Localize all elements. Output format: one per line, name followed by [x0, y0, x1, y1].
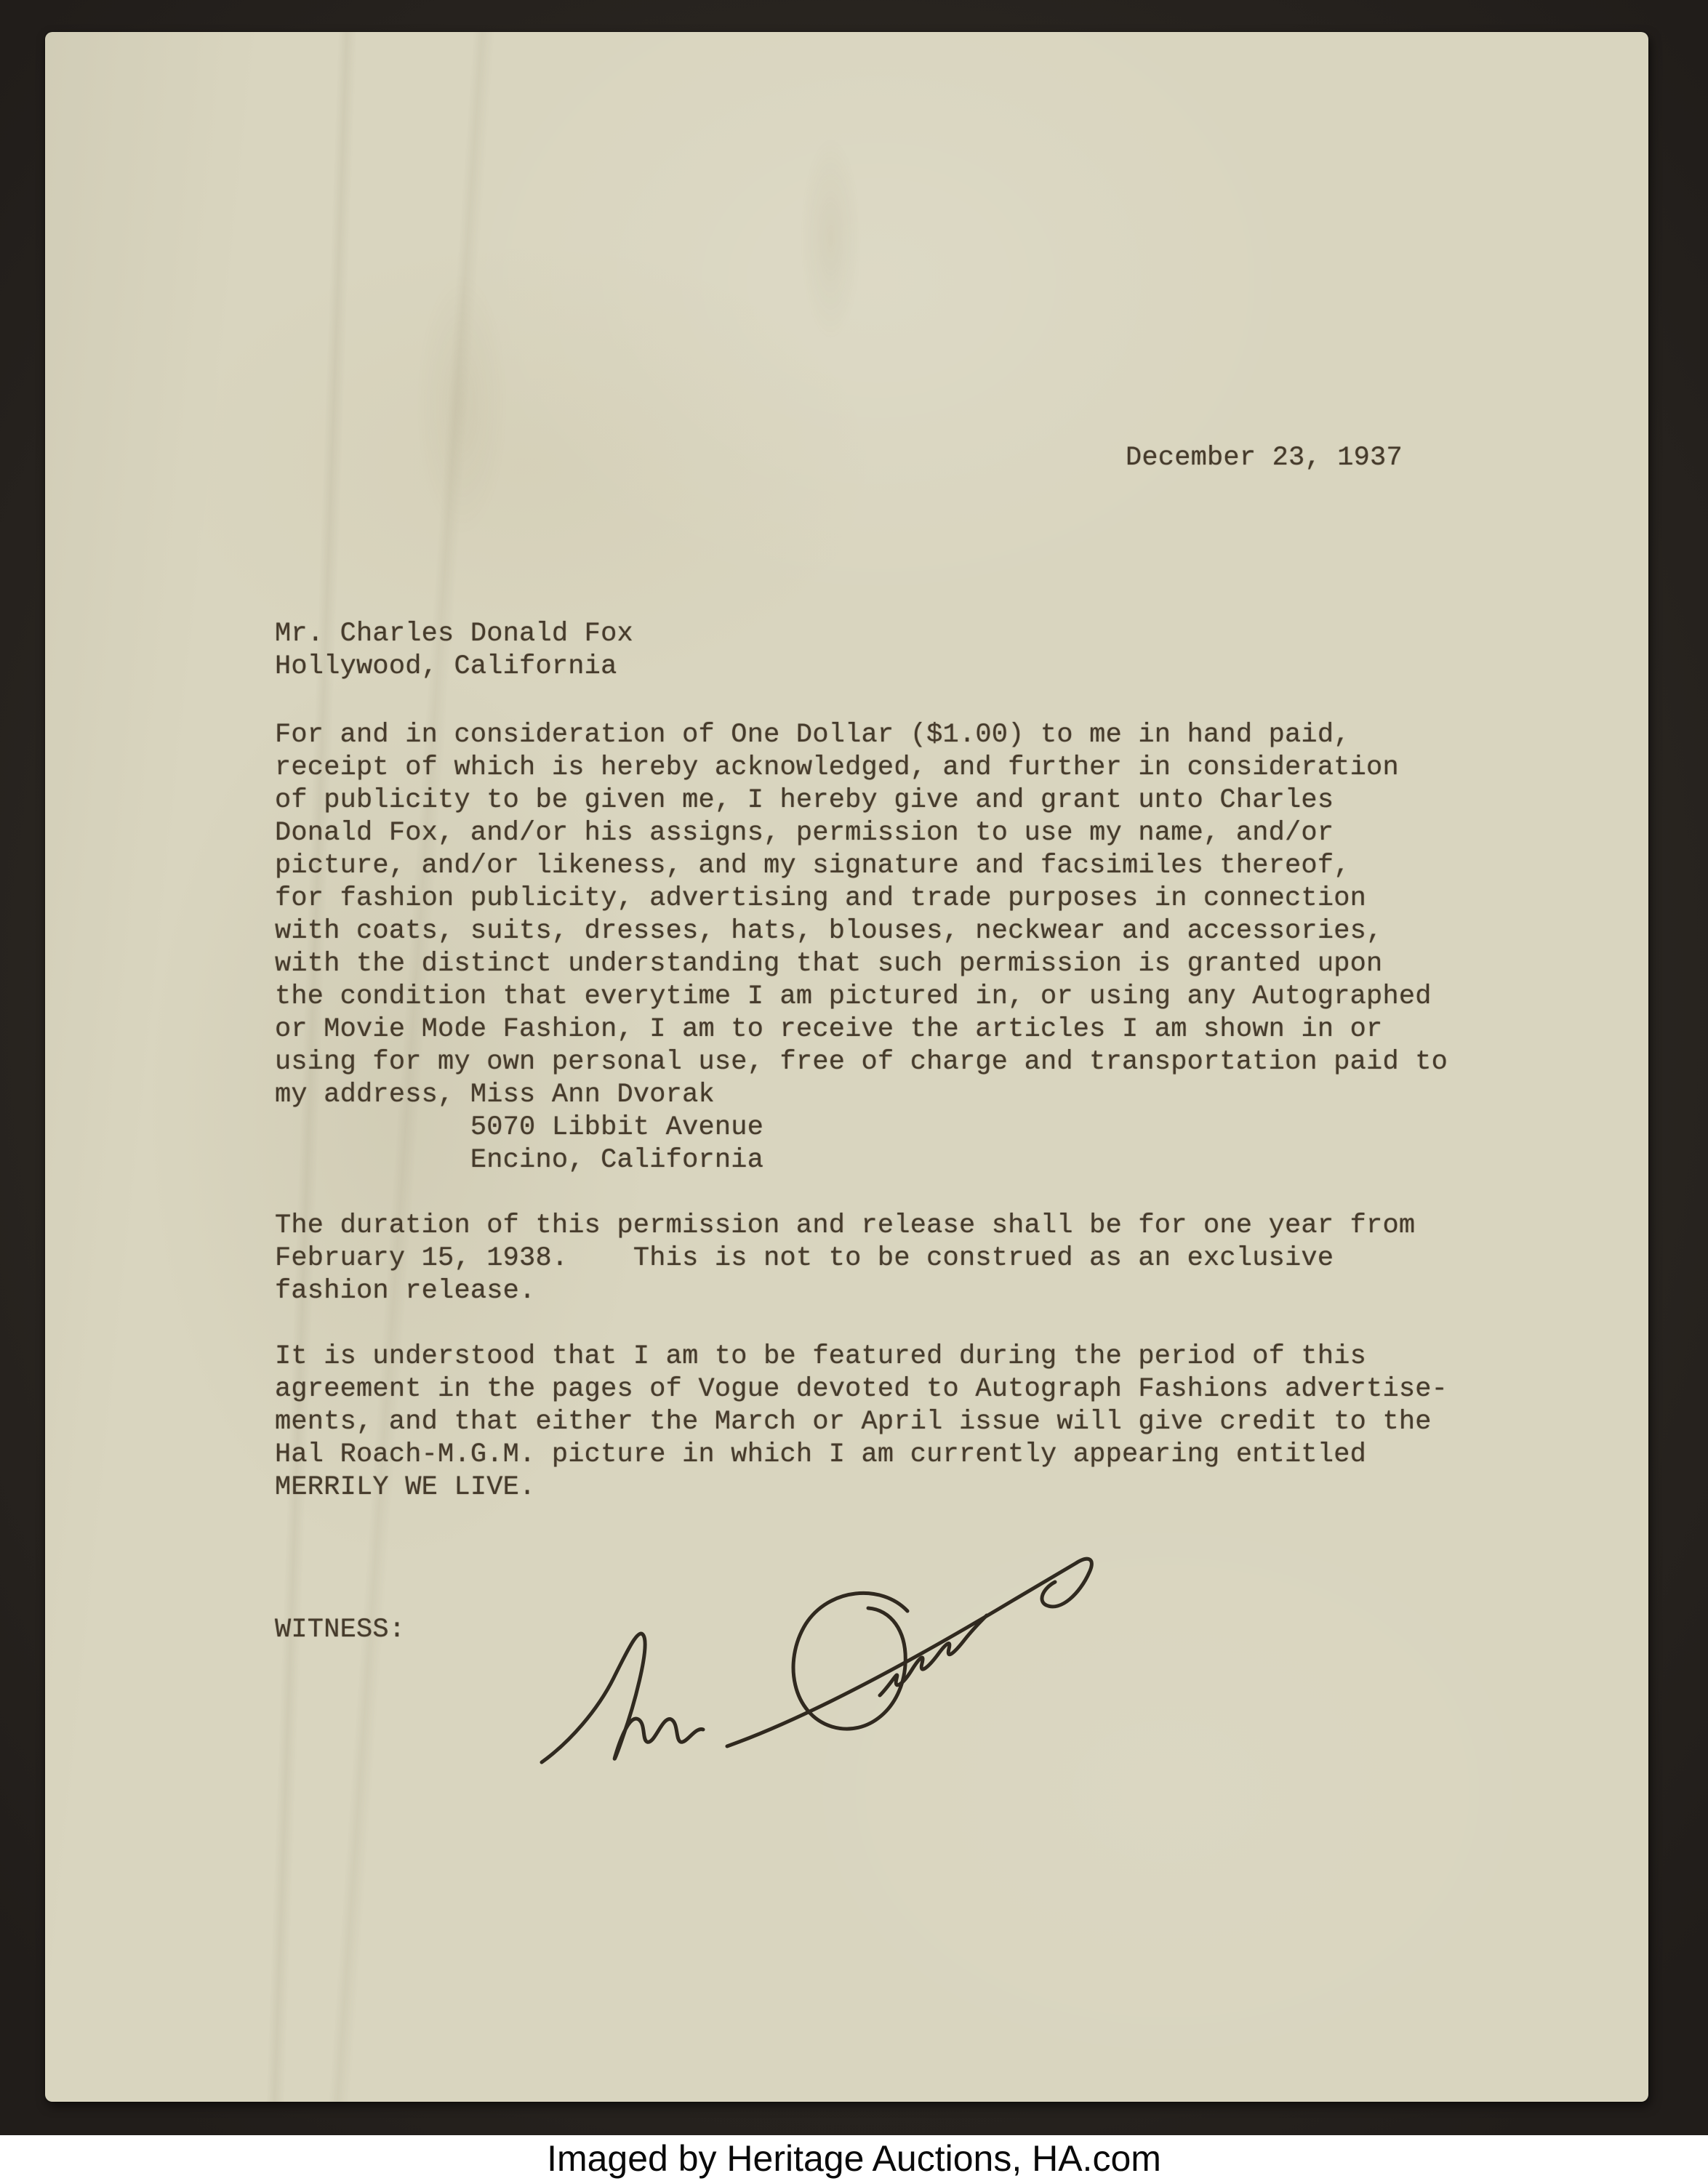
- address-line: Encino, California: [275, 1144, 1448, 1177]
- body-line: It is understood that I am to be feature…: [275, 1341, 1448, 1373]
- body-line: picture, and/or likeness, and my signatu…: [275, 850, 1448, 883]
- letter-date: December 23, 1937: [1126, 442, 1403, 475]
- body-line: Hal Roach-M.G.M. picture in which I am c…: [275, 1439, 1448, 1471]
- body-line: with the distinct understanding that suc…: [275, 948, 1448, 981]
- body-line: fashion release.: [275, 1275, 1448, 1308]
- body-line: The duration of this permission and rele…: [275, 1210, 1448, 1242]
- body-line: agreement in the pages of Vogue devoted …: [275, 1373, 1448, 1406]
- witness-label: WITNESS:: [275, 1614, 405, 1647]
- paragraph-consideration: For and in consideration of One Dollar (…: [275, 719, 1448, 1177]
- letter-document: December 23, 1937 Mr. Charles Donald Fox…: [45, 32, 1648, 2102]
- photo-backdrop: December 23, 1937 Mr. Charles Donald Fox…: [0, 0, 1708, 2181]
- paragraph-duration: The duration of this permission and rele…: [275, 1210, 1448, 1308]
- body-line: receipt of which is hereby acknowledged,…: [275, 752, 1448, 784]
- paragraph-vogue: It is understood that I am to be feature…: [275, 1341, 1448, 1504]
- body-line: the condition that everytime I am pictur…: [275, 981, 1448, 1013]
- recipient-city: Hollywood, California: [275, 651, 633, 683]
- credit-bar: Imaged by Heritage Auctions, HA.com: [0, 2135, 1708, 2181]
- body-line: for fashion publicity, advertising and t…: [275, 883, 1448, 915]
- recipient-name: Mr. Charles Donald Fox: [275, 618, 633, 651]
- ann-dvorak-signature-icon: [503, 1522, 1099, 1770]
- body-line: using for my own personal use, free of c…: [275, 1046, 1448, 1079]
- body-line: Donald Fox, and/or his assigns, permissi…: [275, 817, 1448, 850]
- letter-body: For and in consideration of One Dollar (…: [275, 719, 1448, 1537]
- movie-title-line: MERRILY WE LIVE.: [275, 1471, 1448, 1504]
- credit-text: Imaged by Heritage Auctions, HA.com: [547, 2140, 1161, 2177]
- body-line: February 15, 1938. This is not to be con…: [275, 1242, 1448, 1275]
- body-line: of publicity to be given me, I hereby gi…: [275, 784, 1448, 817]
- body-line: with coats, suits, dresses, hats, blouse…: [275, 915, 1448, 948]
- body-line: or Movie Mode Fashion, I am to receive t…: [275, 1013, 1448, 1046]
- recipient-address: Mr. Charles Donald Fox Hollywood, Califo…: [275, 618, 633, 683]
- address-line: 5070 Libbit Avenue: [275, 1112, 1448, 1144]
- body-line: ments, and that either the March or Apri…: [275, 1406, 1448, 1439]
- body-line: my address, Miss Ann Dvorak: [275, 1079, 1448, 1112]
- body-line: For and in consideration of One Dollar (…: [275, 719, 1448, 752]
